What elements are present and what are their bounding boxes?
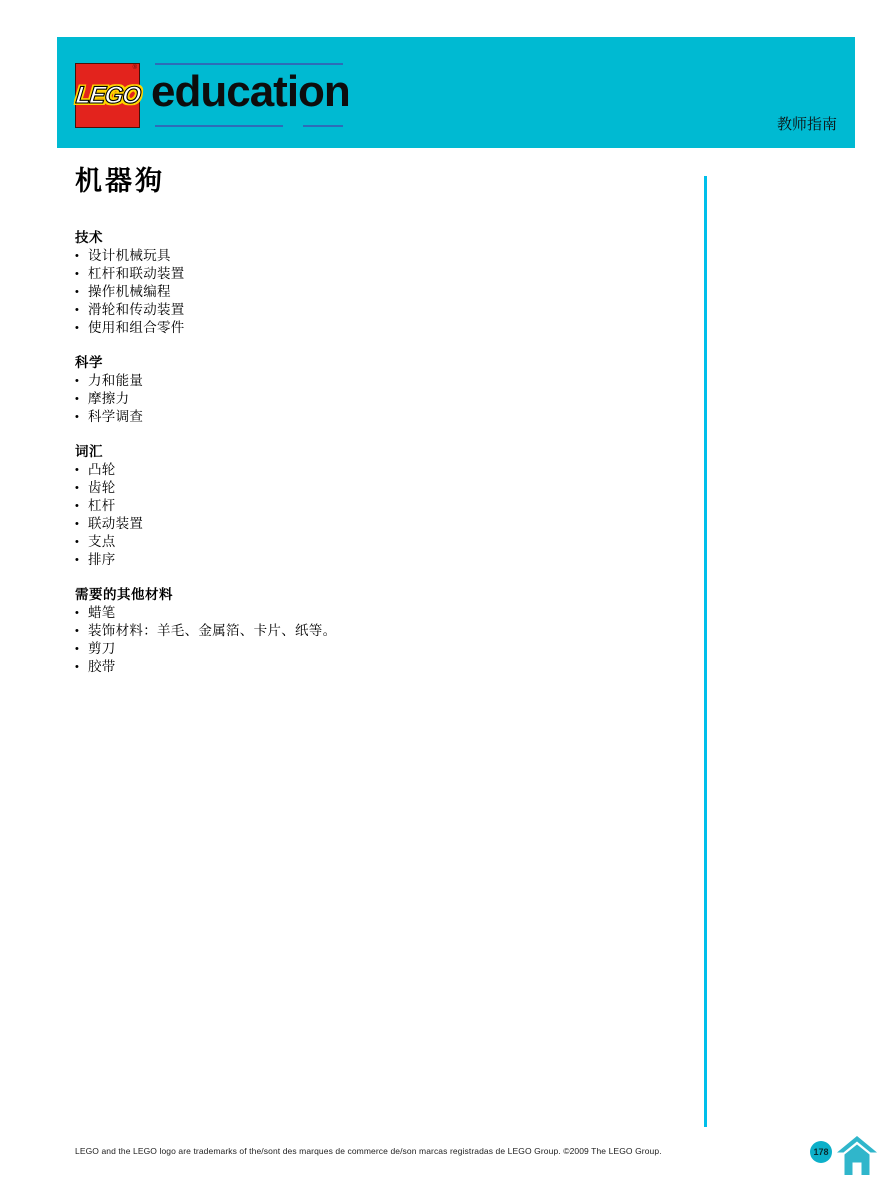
list-item: •滑轮和传动装置 <box>75 301 675 319</box>
bullet-icon: • <box>75 479 79 497</box>
home-button[interactable] <box>837 1136 877 1175</box>
list-item: •排序 <box>75 551 675 569</box>
bullet-icon: • <box>75 622 79 640</box>
list-item-text: 装饰材料：羊毛、金属箔、卡片、纸等。 <box>88 623 336 638</box>
section-heading: 词汇 <box>75 443 675 461</box>
page: LEGO ® education 教师指南 机器狗 技术 •设计机械玩具•杠杆和… <box>0 0 892 1190</box>
section-heading: 技术 <box>75 229 675 247</box>
bullet-icon: • <box>75 497 79 515</box>
lego-logo: LEGO ® <box>75 63 140 128</box>
bullet-icon: • <box>75 515 79 533</box>
list-item-text: 胶带 <box>88 659 116 674</box>
list-item: •联动装置 <box>75 515 675 533</box>
section-list: •蜡笔•装饰材料：羊毛、金属箔、卡片、纸等。•剪刀•胶带 <box>75 604 675 676</box>
content: 机器狗 技术 •设计机械玩具•杠杆和联动装置•操作机械编程•滑轮和传动装置•使用… <box>75 166 675 196</box>
vertical-divider <box>704 176 707 1127</box>
list-item-text: 摩擦力 <box>88 391 129 406</box>
section: 需要的其他材料 •蜡笔•装饰材料：羊毛、金属箔、卡片、纸等。•剪刀•胶带 <box>75 586 675 676</box>
list-item-text: 排序 <box>88 552 116 567</box>
bullet-icon: • <box>75 372 79 390</box>
bullet-icon: • <box>75 283 79 301</box>
section-heading: 需要的其他材料 <box>75 586 675 604</box>
list-item-text: 设计机械玩具 <box>88 248 171 263</box>
brand-education: education <box>151 68 350 116</box>
page-number: 178 <box>813 1147 828 1157</box>
section-list: •设计机械玩具•杠杆和联动装置•操作机械编程•滑轮和传动装置•使用和组合零件 <box>75 247 675 337</box>
list-item-text: 蜡笔 <box>88 605 116 620</box>
list-item: •摩擦力 <box>75 390 675 408</box>
page-number-badge: 178 <box>810 1141 832 1163</box>
list-item-text: 杠杆 <box>88 498 116 513</box>
bullet-icon: • <box>75 551 79 569</box>
section-heading: 科学 <box>75 354 675 372</box>
list-item: •蜡笔 <box>75 604 675 622</box>
list-item: •操作机械编程 <box>75 283 675 301</box>
list-item: •齿轮 <box>75 479 675 497</box>
list-item: •装饰材料：羊毛、金属箔、卡片、纸等。 <box>75 622 675 640</box>
list-item: •力和能量 <box>75 372 675 390</box>
sections: 技术 •设计机械玩具•杠杆和联动装置•操作机械编程•滑轮和传动装置•使用和组合零… <box>75 229 675 693</box>
section: 词汇 •凸轮•齿轮•杠杆•联动装置•支点•排序 <box>75 443 675 569</box>
list-item-text: 滑轮和传动装置 <box>88 302 185 317</box>
bullet-icon: • <box>75 265 79 283</box>
page-title: 机器狗 <box>75 166 675 196</box>
teacher-guide-label: 教师指南 <box>777 113 837 134</box>
brand-rule-top <box>155 63 343 65</box>
bullet-icon: • <box>75 319 79 337</box>
bullet-icon: • <box>75 390 79 408</box>
bullet-icon: • <box>75 408 79 426</box>
list-item-text: 支点 <box>88 534 116 549</box>
list-item: •支点 <box>75 533 675 551</box>
list-item: •使用和组合零件 <box>75 319 675 337</box>
list-item-text: 力和能量 <box>88 373 143 388</box>
list-item: •设计机械玩具 <box>75 247 675 265</box>
list-item-text: 齿轮 <box>88 480 116 495</box>
list-item: •胶带 <box>75 658 675 676</box>
section-list: •凸轮•齿轮•杠杆•联动装置•支点•排序 <box>75 461 675 569</box>
header-banner: LEGO ® education 教师指南 <box>57 37 855 148</box>
bullet-icon: • <box>75 640 79 658</box>
section: 科学 •力和能量•摩擦力•科学调查 <box>75 354 675 426</box>
bullet-icon: • <box>75 533 79 551</box>
list-item-text: 操作机械编程 <box>88 284 171 299</box>
section: 技术 •设计机械玩具•杠杆和联动装置•操作机械编程•滑轮和传动装置•使用和组合零… <box>75 229 675 337</box>
list-item-text: 联动装置 <box>88 516 143 531</box>
list-item: •杠杆 <box>75 497 675 515</box>
section-list: •力和能量•摩擦力•科学调查 <box>75 372 675 426</box>
bullet-icon: • <box>75 247 79 265</box>
list-item: •杠杆和联动装置 <box>75 265 675 283</box>
legal-text: LEGO and the LEGO logo are trademarks of… <box>75 1146 662 1156</box>
list-item-text: 使用和组合零件 <box>88 320 185 335</box>
list-item-text: 剪刀 <box>88 641 116 656</box>
bullet-icon: • <box>75 461 79 479</box>
list-item-text: 科学调查 <box>88 409 143 424</box>
list-item: •凸轮 <box>75 461 675 479</box>
list-item: •科学调查 <box>75 408 675 426</box>
home-icon <box>837 1136 877 1175</box>
registered-trademark-icon: ® <box>133 65 137 71</box>
bullet-icon: • <box>75 658 79 676</box>
list-item: •剪刀 <box>75 640 675 658</box>
brand-rule-bottom-left <box>155 125 283 127</box>
bullet-icon: • <box>75 301 79 319</box>
list-item-text: 凸轮 <box>88 462 116 477</box>
list-item-text: 杠杆和联动装置 <box>88 266 185 281</box>
lego-logo-text: LEGO <box>74 82 141 110</box>
bullet-icon: • <box>75 604 79 622</box>
brand-rule-bottom-right <box>303 125 343 127</box>
